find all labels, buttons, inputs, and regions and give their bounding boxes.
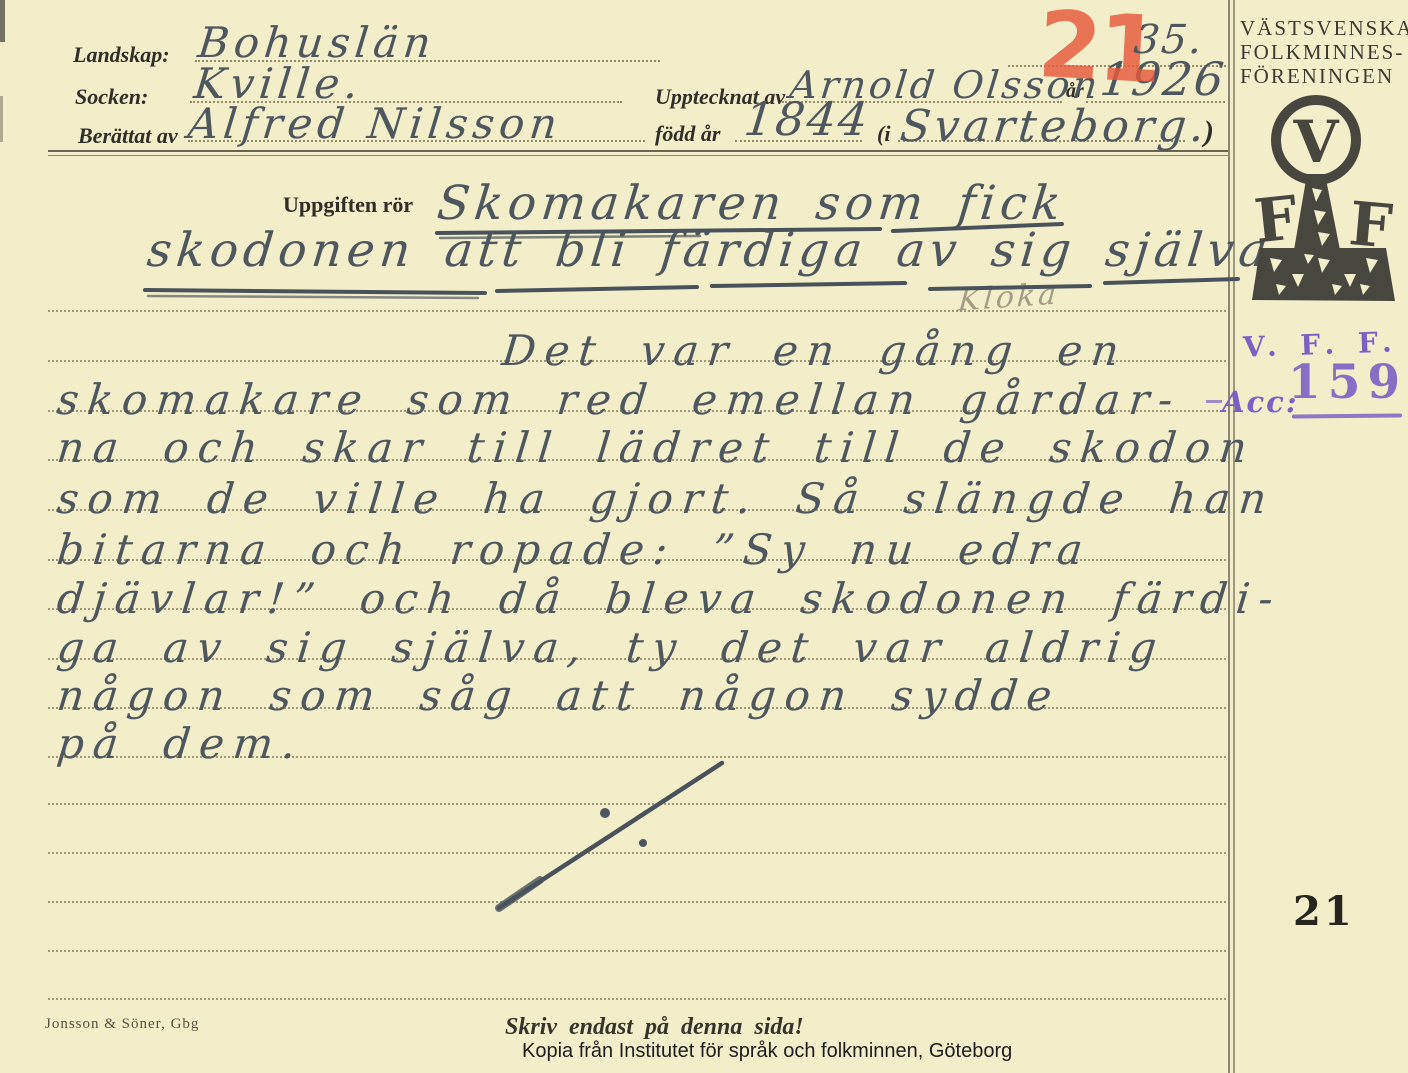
- org-name-line3: FÖRENINGEN: [1240, 64, 1408, 88]
- logo-letter-v: V: [1292, 108, 1339, 176]
- organization-name: VÄSTSVENSKA FOLKMINNES- FÖRENINGEN: [1240, 16, 1408, 88]
- logo-letter-f-left: F: [1251, 183, 1301, 257]
- page-number-stamp: 21: [1293, 888, 1355, 935]
- acc-tick: [1206, 400, 1222, 403]
- vff-hammer-logo-icon: V F F: [1248, 88, 1398, 318]
- printer-imprint: Jonsson & Söner, Gbg: [45, 1016, 199, 1033]
- archive-copy-note: Kopia från Institutet för språk och folk…: [522, 1040, 1012, 1063]
- finis-dot: [600, 808, 610, 818]
- accession-number-stamp: 1594: [1288, 355, 1408, 410]
- org-name-line1: VÄSTSVENSKA: [1240, 16, 1408, 40]
- write-instruction: Skriv endast på denna sida!: [505, 1014, 804, 1041]
- org-name-line2: FOLKMINNES-: [1240, 40, 1408, 64]
- hand-strokes-overlay: [0, 0, 1408, 1073]
- archive-card: Landskap: Socken: Berättat av Upptecknat…: [0, 0, 1408, 1073]
- finis-dot: [639, 839, 647, 847]
- logo-letter-f-right: F: [1346, 189, 1395, 262]
- acc-label: Acc:: [1222, 385, 1299, 419]
